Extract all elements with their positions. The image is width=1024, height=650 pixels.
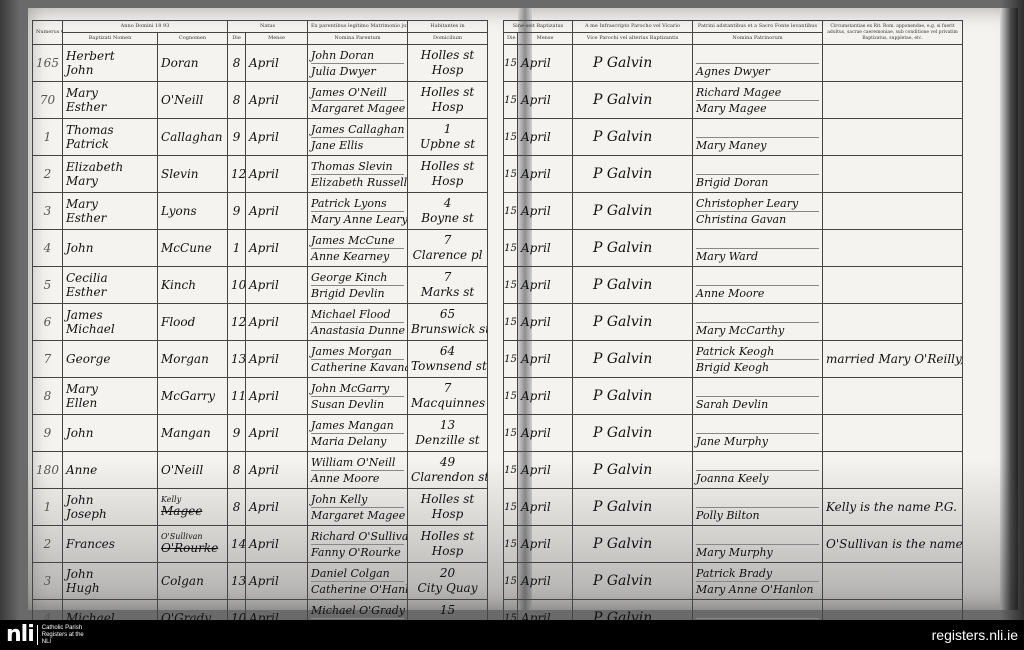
sponsors-cell: Sarah Devlin [693,378,823,415]
header-residence-group: Habitantes in [408,21,488,33]
remarks-cell [823,452,963,489]
header-christian-name: Baptizati Nomen [63,33,158,45]
residence-line: Hosp [411,63,484,78]
image-viewer[interactable]: Numerus Ordinis Anno Domini 18 93 Natus … [0,0,1024,620]
header-minister-group: A me Infrascripto Parocho vel Vicario [573,21,693,33]
header-remarks: Circumstantiae ex Rit. Rom. apponendae, … [823,21,963,45]
residence-line: Boyne st [411,211,484,226]
birth-month: April [246,193,308,230]
minister-name: P Galvin [573,193,693,230]
table-row: 15AprilP GalvinPatrick KeoghBrigid Keogh… [504,341,963,378]
minister-name: P Galvin [573,341,693,378]
minister-name: P Galvin [573,230,693,267]
remarks-cell [823,119,963,156]
table-row: 3JohnHughColgan13AprilDaniel ColganCathe… [33,563,488,600]
header-month: Mense [518,33,573,45]
surname: Callaghan [161,130,222,144]
sponsor-name: Brigid Keogh [696,360,819,375]
baptism-day: 15 [504,489,518,526]
residence-line: 7 [411,270,484,285]
table-row: 180AnneO'Neill8AprilWilliam O'NeillAnne … [33,452,488,489]
birth-month: April [246,267,308,304]
minister-name: P Galvin [573,452,693,489]
header-anno: Anno Domini 18 93 [63,21,228,33]
sponsor-name [696,492,819,508]
residence-line: Macquinnes pl [411,396,484,411]
entry-number: 165 [33,45,63,82]
remarks-cell [823,45,963,82]
header-minister: Vice Parochi vel alterius Baptizantis [573,33,693,45]
parents-cell: James ManganMaria Delany [308,415,408,452]
residence-cell: 4Boyne st [408,193,488,230]
header-residence: Domicilium [408,33,488,45]
residence-line: Holles st [411,492,484,507]
mother-name: Mary Anne Leary [311,212,404,227]
header-nati: Natus [228,21,308,33]
surname: McCune [161,241,212,255]
residence-cell: 7Clarence pl [408,230,488,267]
remarks-cell [823,415,963,452]
sponsor-name [696,307,819,323]
residence-line: City Quay [411,581,484,596]
birth-month: April [246,82,308,119]
father-name: Patrick Lyons [311,196,404,212]
sponsor-name [696,159,819,175]
baptism-month: April [518,563,573,600]
surname-cell: O'Neill [158,452,228,489]
residence-line: Holles st [411,48,484,63]
christian-name-line: Mary [66,86,154,100]
sponsor-name: Christopher Leary [696,196,819,212]
mother-name: Elizabeth Russell [311,175,404,190]
table-row: 7GeorgeMorgan13AprilJames MorganCatherin… [33,341,488,378]
entry-number: 1 [33,119,63,156]
residence-line: 1 [411,122,484,137]
birth-day: 11 [228,378,246,415]
sponsor-name [696,122,819,138]
parents-cell: James CallaghanJane Ellis [308,119,408,156]
christian-name-line: Michael [66,322,154,336]
minister-name: P Galvin [573,45,693,82]
baptism-month: April [518,82,573,119]
sponsor-name: Patrick Brady [696,566,819,582]
table-row: 15AprilP Galvin Sarah Devlin [504,378,963,415]
sponsor-name [696,48,819,64]
christian-name: John [63,415,158,452]
sponsor-name [696,270,819,286]
minister-name: P Galvin [573,82,693,119]
sponsor-name: Mary Maney [696,138,819,153]
parents-cell: Thomas SlevinElizabeth Russell [308,156,408,193]
surname-cell: O'SullivanO'Rourke [158,526,228,563]
surname-cell: Flood [158,304,228,341]
residence-line: Marks st [411,285,484,300]
site-link[interactable]: registers.nli.ie [932,627,1018,643]
baptism-day: 15 [504,119,518,156]
header-day: Die [228,33,246,45]
parents-cell: James MorganCatherine Kavanagh [308,341,408,378]
minister-name: P Galvin [573,563,693,600]
christian-name-line: John [66,241,154,255]
sponsor-name [696,529,819,545]
residence-line: Brunswick st [411,322,484,337]
birth-day: 12 [228,156,246,193]
left-page-register-table: Numerus Ordinis Anno Domini 18 93 Natus … [32,20,488,637]
birth-day: 9 [228,415,246,452]
parents-cell: Patrick LyonsMary Anne Leary [308,193,408,230]
nli-logo[interactable]: nli Catholic Parish Registers at the NLI [6,623,92,647]
christian-name: CeciliaEsther [63,267,158,304]
sponsor-name: Joanna Keely [696,471,819,486]
header-surname: Cognomen [158,33,228,45]
baptism-month: April [518,119,573,156]
parents-cell: James McCuneAnne Kearney [308,230,408,267]
table-row: 15AprilP Galvin Agnes Dwyer [504,45,963,82]
christian-name-line: Hugh [66,581,154,595]
sponsors-cell: Mary Maney [693,119,823,156]
table-row: 15AprilP Galvin Mary Maney [504,119,963,156]
residence-cell: Holles stHosp [408,526,488,563]
christian-name-line: Mary [66,382,154,396]
surname-cell: O'Neill [158,82,228,119]
residence-line: Hosp [411,100,484,115]
header-month: Mense [246,33,308,45]
minister-name: P Galvin [573,378,693,415]
residence-line: 7 [411,381,484,396]
father-name: Thomas Slevin [311,159,404,175]
christian-name-line: Frances [66,537,154,551]
father-name: Michael O'Grady [311,603,404,619]
minister-name: P Galvin [573,489,693,526]
birth-day: 9 [228,193,246,230]
christian-name: JohnJoseph [63,489,158,526]
christian-name: Frances [63,526,158,563]
birth-day: 8 [228,452,246,489]
residence-cell: Holles stHosp [408,156,488,193]
residence-line: Hosp [411,507,484,522]
logo-divider [37,625,38,645]
mother-name: Fanny O'Rourke [311,545,404,560]
sponsor-name: Brigid Doran [696,175,819,190]
father-name: John Doran [311,48,404,64]
residence-cell: 7Marks st [408,267,488,304]
baptism-month: April [518,304,573,341]
residence-line: 65 [411,307,484,322]
remarks-cell [823,193,963,230]
baptism-day: 15 [504,230,518,267]
sponsor-name: Mary McCarthy [696,323,819,338]
baptism-day: 15 [504,45,518,82]
header-sponsors-group: Patrini adstantibus et a Sacro Fonte lev… [693,21,823,33]
sponsor-name: Polly Bilton [696,508,819,523]
father-name: John McGarry [311,381,404,397]
header-sponsors: Nomina Patrinorum [693,33,823,45]
christian-name-line: Anne [66,463,154,477]
table-row: 8MaryEllenMcGarry11AprilJohn McGarrySusa… [33,378,488,415]
residence-cell: 64Townsend st [408,341,488,378]
christian-name-line: John [66,567,154,581]
mother-name: Margaret Magee [311,101,404,116]
table-row: 15AprilP Galvin Polly BiltonKelly is the… [504,489,963,526]
surname: O'Neill [161,93,203,107]
parents-cell: John KellyMargaret Magee [308,489,408,526]
footer-bar: nli Catholic Parish Registers at the NLI… [0,620,1024,650]
father-name: Richard O'Sullivan [311,529,404,545]
birth-day: 10 [228,267,246,304]
surname-cell: McCune [158,230,228,267]
sponsors-cell: Brigid Doran [693,156,823,193]
birth-day: 13 [228,563,246,600]
christian-name: MaryEsther [63,193,158,230]
entry-number: 9 [33,415,63,452]
mother-name: Brigid Devlin [311,286,404,301]
table-row: 15AprilP Galvin Jane Murphy [504,415,963,452]
book-binding-edge [1000,8,1018,610]
sponsor-name [696,233,819,249]
entry-number: 70 [33,82,63,119]
father-name: James Callaghan [311,122,404,138]
birth-month: April [246,378,308,415]
baptism-month: April [518,45,573,82]
birth-month: April [246,45,308,82]
birth-month: April [246,341,308,378]
surname-cell: Slevin [158,156,228,193]
residence-line: Holles st [411,529,484,544]
sponsors-cell: Mary Ward [693,230,823,267]
remarks-cell [823,378,963,415]
minister-name: P Galvin [573,304,693,341]
minister-name: P Galvin [573,526,693,563]
baptism-day: 15 [504,156,518,193]
father-name: James O'Neill [311,85,404,101]
surname-cell: Morgan [158,341,228,378]
entry-number: 1 [33,489,63,526]
sponsor-name: Mary Ward [696,249,819,264]
christian-name: HerbertJohn [63,45,158,82]
parents-cell: Michael FloodAnastasia Dunne [308,304,408,341]
parents-cell: George KinchBrigid Devlin [308,267,408,304]
residence-line: Clarendon st [411,470,484,485]
remarks-cell [823,267,963,304]
father-name: Daniel Colgan [311,566,404,582]
christian-name-line: Patrick [66,137,154,151]
christian-name: JohnHugh [63,563,158,600]
table-row: 1JohnJosephKellyMagee8AprilJohn KellyMar… [33,489,488,526]
residence-line: 15 [411,603,484,618]
baptism-month: April [518,267,573,304]
residence-line: Holles st [411,159,484,174]
sponsor-name: Richard Magee [696,85,819,101]
residence-line: Upbne st [411,137,484,152]
remarks-cell [823,304,963,341]
christian-name: ThomasPatrick [63,119,158,156]
sponsors-cell: Polly Bilton [693,489,823,526]
residence-line: 4 [411,196,484,211]
header-day: Die [504,33,518,45]
sponsor-name: Mary Murphy [696,545,819,560]
christian-name: John [63,230,158,267]
sponsors-cell: Mary Murphy [693,526,823,563]
surname-struck: O'Rourke [161,541,224,556]
baptism-day: 15 [504,563,518,600]
christian-name-line: Mary [66,197,154,211]
table-row: 70MaryEstherO'Neill8AprilJames O'NeillMa… [33,82,488,119]
christian-name-line: Esther [66,100,154,114]
residence-cell: 65Brunswick st [408,304,488,341]
birth-month: April [246,304,308,341]
birth-day: 14 [228,526,246,563]
table-row: 2FrancesO'SullivanO'Rourke14AprilRichard… [33,526,488,563]
baptism-month: April [518,156,573,193]
residence-line: 7 [411,233,484,248]
header-parents-group: Ex parentibus legitimo Matrimonio juncti… [308,21,408,33]
baptism-month: April [518,341,573,378]
christian-name-line: Cecilia [66,271,154,285]
table-row: 15AprilP GalvinChristopher LearyChristin… [504,193,963,230]
table-row: 165HerbertJohnDoran8AprilJohn DoranJulia… [33,45,488,82]
parents-cell: William O'NeillAnne Moore [308,452,408,489]
table-row: 5CeciliaEstherKinch10AprilGeorge KinchBr… [33,267,488,304]
residence-cell: 13Denzille st [408,415,488,452]
entry-number: 4 [33,230,63,267]
mother-name: Susan Devlin [311,397,404,412]
birth-month: April [246,119,308,156]
residence-cell: 49Clarendon st [408,452,488,489]
residence-line: 64 [411,344,484,359]
baptism-month: April [518,193,573,230]
parents-cell: Richard O'SullivanFanny O'Rourke [308,526,408,563]
nli-logo-mark: nli [6,623,34,647]
birth-day: 9 [228,119,246,156]
surname-struck: Magee [161,504,224,519]
entry-number: 2 [33,526,63,563]
mother-name: Maria Delany [311,434,404,449]
birth-month: April [246,415,308,452]
christian-name-line: Mary [66,174,154,188]
sponsors-cell: Agnes Dwyer [693,45,823,82]
christian-name-line: John [66,63,154,77]
baptism-day: 15 [504,378,518,415]
right-page-register-table: Sine-seit Baptizatus A me Infrascripto P… [503,20,963,637]
residence-line: 49 [411,455,484,470]
sponsor-name: Jane Murphy [696,434,819,449]
christian-name: MaryEllen [63,378,158,415]
table-row: 15AprilP Galvin Brigid Doran [504,156,963,193]
baptism-month: April [518,415,573,452]
christian-name-line: Ellen [66,396,154,410]
birth-month: April [246,526,308,563]
surname-cell: Doran [158,45,228,82]
remarks-cell: O'Sullivan is the name P.G. [823,526,963,563]
sponsor-name [696,455,819,471]
sponsors-cell: Christopher LearyChristina Gavan [693,193,823,230]
birth-day: 1 [228,230,246,267]
header-number: Numerus Ordinis [33,21,63,45]
sponsor-name [696,603,819,619]
baptism-month: April [518,378,573,415]
parents-cell: John DoranJulia Dwyer [308,45,408,82]
baptism-day: 15 [504,341,518,378]
sponsor-name: Anne Moore [696,286,819,301]
christian-name-line: George [66,352,154,366]
birth-day: 8 [228,45,246,82]
sponsors-cell: Patrick KeoghBrigid Keogh [693,341,823,378]
surname-cell: Lyons [158,193,228,230]
christian-name-line: James [66,308,154,322]
remarks-cell [823,82,963,119]
baptism-day: 15 [504,452,518,489]
remarks-cell [823,156,963,193]
baptism-day: 15 [504,304,518,341]
entry-number: 3 [33,563,63,600]
sponsor-name [696,381,819,397]
surname: Kinch [161,278,196,292]
residence-line: Townsend st [411,359,484,374]
sponsors-cell: Patrick BradyMary Anne O'Hanlon [693,563,823,600]
surname-correction: Kelly [161,495,224,504]
birth-day: 8 [228,489,246,526]
residence-line: 13 [411,418,484,433]
minister-name: P Galvin [573,119,693,156]
entry-number: 180 [33,452,63,489]
surname-cell: KellyMagee [158,489,228,526]
residence-cell: 7Macquinnes pl [408,378,488,415]
surname: McGarry [161,389,215,403]
parents-cell: John McGarrySusan Devlin [308,378,408,415]
christian-name-line: Esther [66,211,154,225]
baptism-day: 15 [504,526,518,563]
residence-line: Hosp [411,544,484,559]
entry-number: 7 [33,341,63,378]
table-row: 4JohnMcCune1AprilJames McCuneAnne Kearne… [33,230,488,267]
christian-name-line: John [66,426,154,440]
father-name: John Kelly [311,492,404,508]
surname: Slevin [161,167,199,181]
sponsor-name: Mary Anne O'Hanlon [696,582,819,597]
surname: O'Neill [161,463,203,477]
mother-name: Margaret Magee [311,508,404,523]
christian-name-line: Joseph [66,507,154,521]
surname: Mangan [161,426,211,440]
surname: Flood [161,315,195,329]
entry-number: 8 [33,378,63,415]
table-row: 15AprilP GalvinPatrick BradyMary Anne O'… [504,563,963,600]
baptism-day: 15 [504,415,518,452]
table-row: 1ThomasPatrickCallaghan9AprilJames Calla… [33,119,488,156]
residence-cell: Holles stHosp [408,489,488,526]
birth-month: April [246,563,308,600]
entry-number: 5 [33,267,63,304]
surname: Lyons [161,204,197,218]
minister-name: P Galvin [573,156,693,193]
table-row: 15AprilP Galvin Anne Moore [504,267,963,304]
father-name: James Mangan [311,418,404,434]
table-row: 15AprilP Galvin Mary Ward [504,230,963,267]
christian-name: George [63,341,158,378]
birth-day: 13 [228,341,246,378]
christian-name: MaryEsther [63,82,158,119]
entry-number: 3 [33,193,63,230]
sponsors-cell: Joanna Keely [693,452,823,489]
table-row: 2ElizabethMarySlevin12AprilThomas Slevin… [33,156,488,193]
table-row: 9JohnMangan9AprilJames ManganMaria Delan… [33,415,488,452]
residence-cell: Holles stHosp [408,45,488,82]
table-row: 6JamesMichaelFlood12AprilMichael FloodAn… [33,304,488,341]
table-row: 3MaryEstherLyons9AprilPatrick LyonsMary … [33,193,488,230]
birth-day: 8 [228,82,246,119]
surname-correction: O'Sullivan [161,532,224,541]
surname: Colgan [161,574,204,588]
